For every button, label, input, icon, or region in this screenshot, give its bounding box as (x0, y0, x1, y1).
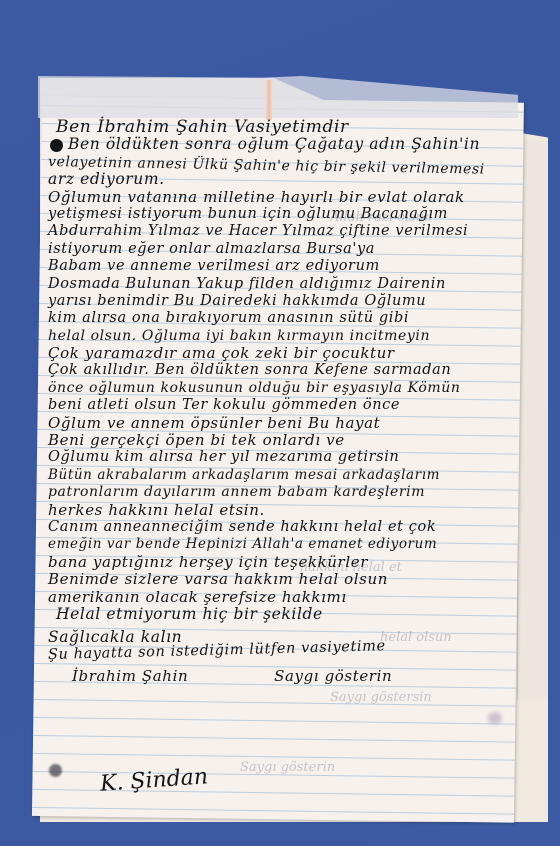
will-line: Ben öldükten sonra oğlum Çağatay adın Şa… (68, 136, 548, 153)
will-line: Abdurrahim Yılmaz ve Hacer Yılmaz çiftin… (48, 223, 528, 240)
will-line: Beni gerçekçi öpen bi tek onlardı ve (48, 432, 528, 449)
will-line: Canım anneanneciğim sende hakkını helal … (48, 519, 528, 536)
will-line: patronlarım dayılarım annem babam kardeş… (48, 484, 528, 501)
will-line: Bütün akrabalarım arkadaşlarım mesai ark… (48, 467, 528, 484)
will-line: Ben İbrahim Şahin Vasiyetimdir (56, 119, 536, 136)
will-line: Babam ve anneme verilmesi arz ediyorum (48, 258, 528, 275)
will-line: Oğlum ve annem öpsünler beni Bu hayat (48, 415, 528, 432)
will-line: Oğlumu kim alırsa her yıl mezarıma getir… (48, 449, 528, 466)
will-line: helal olsun. Oğluma iyi bakın kırmayın i… (48, 328, 528, 345)
will-handwritten-text: Ben İbrahim Şahin Vasiyetimdir Ben öldük… (48, 119, 528, 686)
will-line: bana yaptığınız herşey için teşekkürler (48, 554, 528, 571)
will-line: İbrahim Şahin Saygı gösterin (72, 668, 552, 685)
ink-stain (488, 712, 502, 724)
will-line: istiyorum eğer onlar almazlarsa Bursa'ya (48, 241, 528, 258)
will-line: Dosmada Bulunan Yakup filden aldığımız D… (48, 276, 528, 293)
bleed-through-text: Saygı göstersin (330, 690, 432, 705)
will-line: önce oğlumun kokusunun olduğu bir eşyası… (48, 380, 528, 397)
adhesive-tape-strip (38, 76, 518, 118)
will-line: Çok akıllıdır. Ben öldükten sonra Kefene… (48, 362, 528, 379)
will-line: arz ediyorum. (48, 171, 528, 188)
will-line: yarısı benimdir Bu Dairedeki hakkımda Oğ… (48, 293, 528, 310)
will-line: kim alırsa ona bırakıyorum anasının sütü… (48, 310, 528, 327)
will-line: Benimde sizlere varsa hakkım helal olsun (48, 571, 528, 588)
will-line: emeğin var bende Hepinizi Allah'a emanet… (48, 536, 528, 553)
paper-fold-crease (266, 80, 272, 120)
ink-blot-mark (49, 764, 62, 777)
will-line: Oğlumun vatanına milletine hayırlı bir e… (48, 189, 528, 206)
bleed-through-text: Saygı gösterin (240, 760, 335, 775)
will-line: Çok yaramazdır ama çok zeki bir çocuktur (48, 345, 528, 362)
will-line: yetişmesi istiyorum bunun için oğlumu Ba… (48, 206, 528, 223)
will-line: Helal etmiyorum hiç bir şekilde (56, 606, 536, 623)
will-line: amerikanın olacak şerefsize hakkımı (48, 589, 528, 606)
will-line: beni atleti olsun Ter kokulu gömmeden ön… (48, 397, 528, 414)
will-line: herkes hakkını helal etsin. (48, 502, 528, 519)
